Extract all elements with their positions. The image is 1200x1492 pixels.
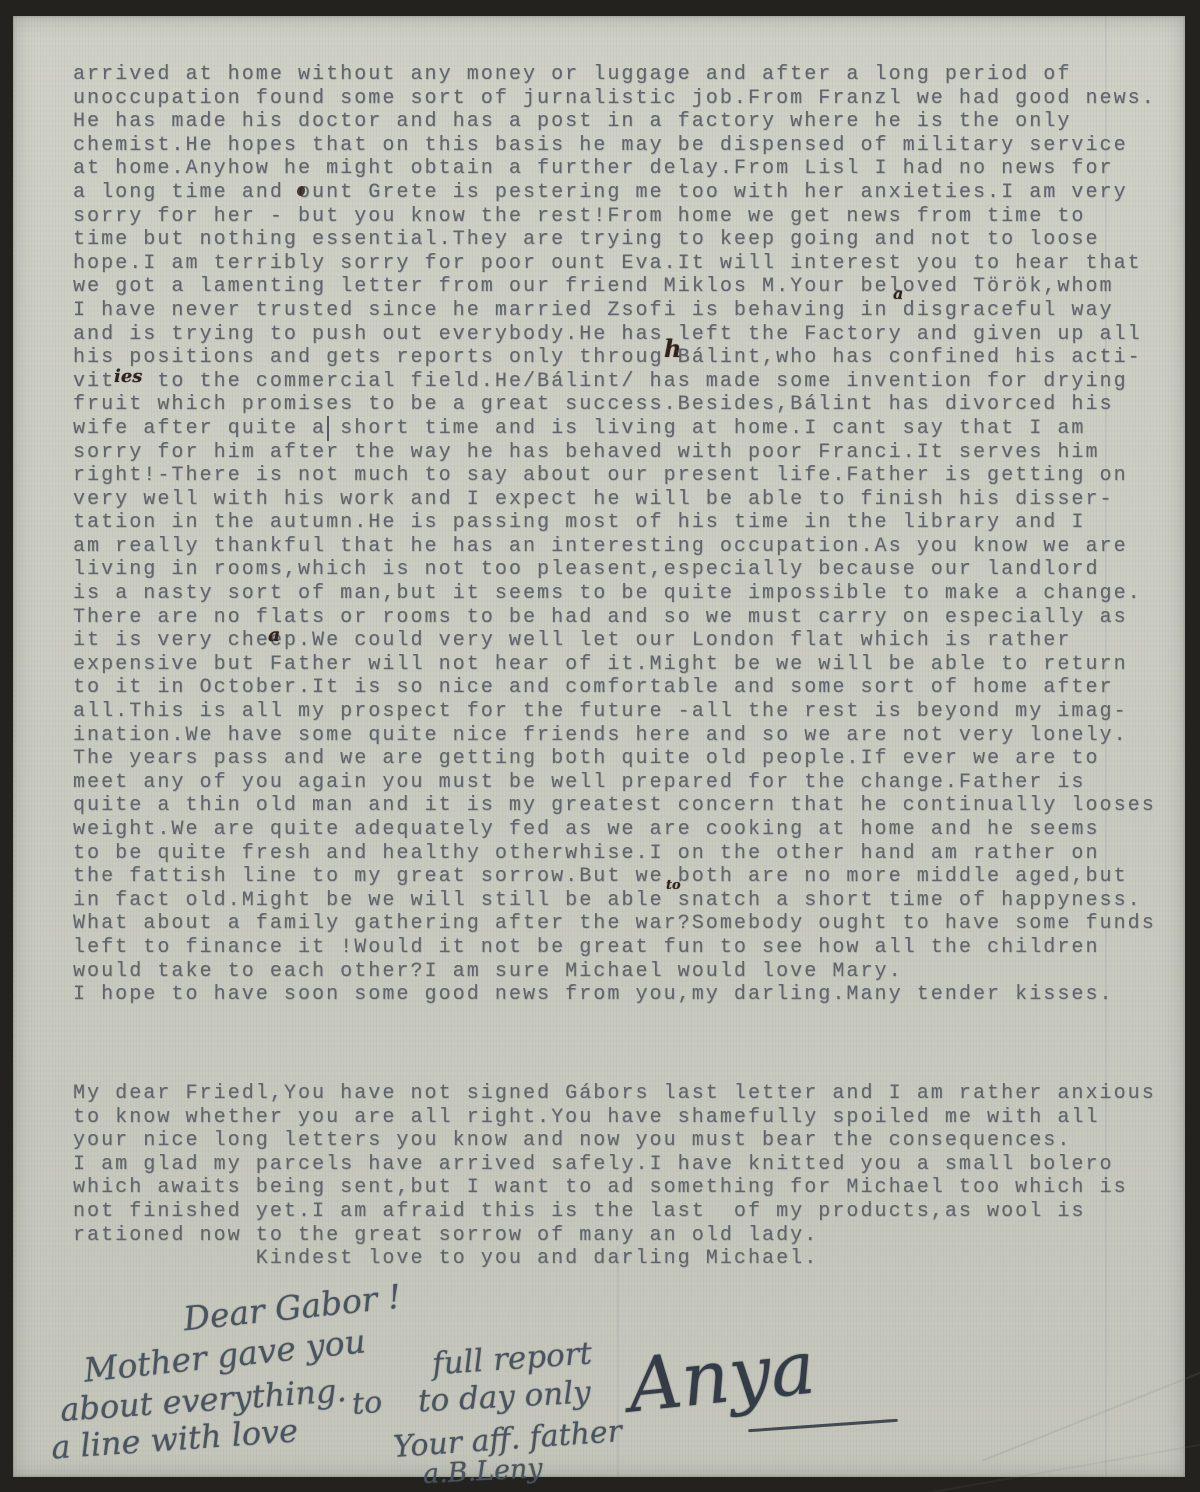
typed-line: and is trying to push out everybody.He h… <box>73 323 1156 347</box>
typed-line: arrived at home without any money or lug… <box>73 63 1156 87</box>
typed-line: left to finance it !Would it not be grea… <box>73 936 1156 960</box>
typed-line: I am glad my parcels have arrived safely… <box>73 1153 1156 1177</box>
typed-line: vit to the commercial field.He/Bálint/ h… <box>73 370 1156 394</box>
handwritten-line-to: to <box>351 1385 383 1422</box>
typed-line: to be quite fresh and healthy otherwhise… <box>73 842 1156 866</box>
typed-line: is a nasty sort of man,but it seems to b… <box>73 582 1156 606</box>
typed-line: which awaits being sent,but I want to ad… <box>73 1176 1156 1200</box>
typed-line: very well with his work and I expect he … <box>73 488 1156 512</box>
typed-line: There are no flats or rooms to be had an… <box>73 606 1156 630</box>
typed-line: in fact old.Might be we will still be ab… <box>73 889 1156 913</box>
typed-line: I have never trusted since he married Zs… <box>73 299 1156 323</box>
typed-line: weight.We are quite adequately fed as we… <box>73 818 1156 842</box>
letter-paper: arrived at home without any money or lug… <box>13 16 1185 1477</box>
typed-line: expensive but Father will not hear of it… <box>73 653 1156 677</box>
typed-line: a long time and ount Grete is pestering … <box>73 181 1156 205</box>
typed-paragraph-main: arrived at home without any money or lug… <box>73 63 1156 1007</box>
typed-line: Kindest love to you and darling Michael. <box>73 1247 1156 1271</box>
scanned-letter-page: arrived at home without any money or lug… <box>0 0 1200 1492</box>
typed-line: to know whether you are all right.You ha… <box>73 1106 1156 1130</box>
typed-paragraph-friedl: My dear Friedl,You have not signed Gábor… <box>73 1082 1156 1271</box>
typed-line: his positions and gets reports only thro… <box>73 346 1156 370</box>
typed-line: fruit which promises to be a great succe… <box>73 393 1156 417</box>
typed-line: all.This is all my prospect for the futu… <box>73 700 1156 724</box>
ink-stroke-mark <box>327 416 329 441</box>
typed-line: What about a family gathering after the … <box>73 912 1156 936</box>
paper-crease <box>982 1362 1200 1461</box>
ink-correction-to-inserted: to <box>666 878 681 893</box>
handwritten-line-today: to day only <box>417 1375 591 1420</box>
typed-line: He has made his doctor and has a post in… <box>73 110 1156 134</box>
typed-line: I hope to have soon some good news from … <box>73 983 1156 1007</box>
typed-line: the fattish line to my great sorrow.But … <box>73 865 1156 889</box>
typed-line: The years pass and we are getting both q… <box>73 747 1156 771</box>
ink-correction-a-inserted: a <box>893 284 903 303</box>
typed-line: My dear Friedl,You have not signed Gábor… <box>73 1082 1156 1106</box>
typed-line: not finished yet.I am afraid this is the… <box>73 1200 1156 1224</box>
typed-line: we got a lamenting letter from our frien… <box>73 275 1156 299</box>
typed-line: meet any of you again you must be well p… <box>73 771 1156 795</box>
ink-correction-ies: ies <box>114 366 142 387</box>
handwritten-closing-initials: a.B.Leny <box>422 1453 543 1490</box>
typed-line: rationed now to the great sorrow of many… <box>73 1224 1156 1248</box>
typed-line: it is very cheep.We could very well let … <box>73 629 1156 653</box>
typed-line: unoccupation found some sort of jurnalis… <box>73 87 1156 111</box>
paper-crease <box>895 1438 1200 1492</box>
typed-line: at home.Anyhow he might obtain a further… <box>73 157 1156 181</box>
typed-line: living in rooms,which is not too pleasen… <box>73 558 1156 582</box>
typed-line: tation in the autumn.He is passing most … <box>73 511 1156 535</box>
typed-line: would take to each other?I am sure Micha… <box>73 960 1156 984</box>
signature-flourish <box>748 1419 898 1432</box>
typed-line: your nice long letters you know and now … <box>73 1129 1156 1153</box>
typed-line: hope.I am terribly sorry for poor ount E… <box>73 252 1156 276</box>
typed-line: ination.We have some quite nice friends … <box>73 724 1156 748</box>
typed-line: to it in October.It is so nice and comfo… <box>73 676 1156 700</box>
typed-line: quite a thin old man and it is my greate… <box>73 794 1156 818</box>
ink-correction-h-inserted: h <box>664 334 681 363</box>
typed-line: chemist.He hopes that on this basis he m… <box>73 134 1156 158</box>
typed-line: right!-There is not much to say about ou… <box>73 464 1156 488</box>
typed-line: am really thankful that he has an intere… <box>73 535 1156 559</box>
typed-line: sorry for her - but you know the rest!Fr… <box>73 205 1156 229</box>
signature-anya: Anya <box>624 1324 819 1429</box>
ink-correction-a-over-cheep: a <box>268 624 280 646</box>
typed-line: time but nothing essential.They are tryi… <box>73 228 1156 252</box>
typed-line: sorry for him after the way he has behav… <box>73 441 1156 465</box>
typed-line: wife after quite a short time and is liv… <box>73 417 1156 441</box>
